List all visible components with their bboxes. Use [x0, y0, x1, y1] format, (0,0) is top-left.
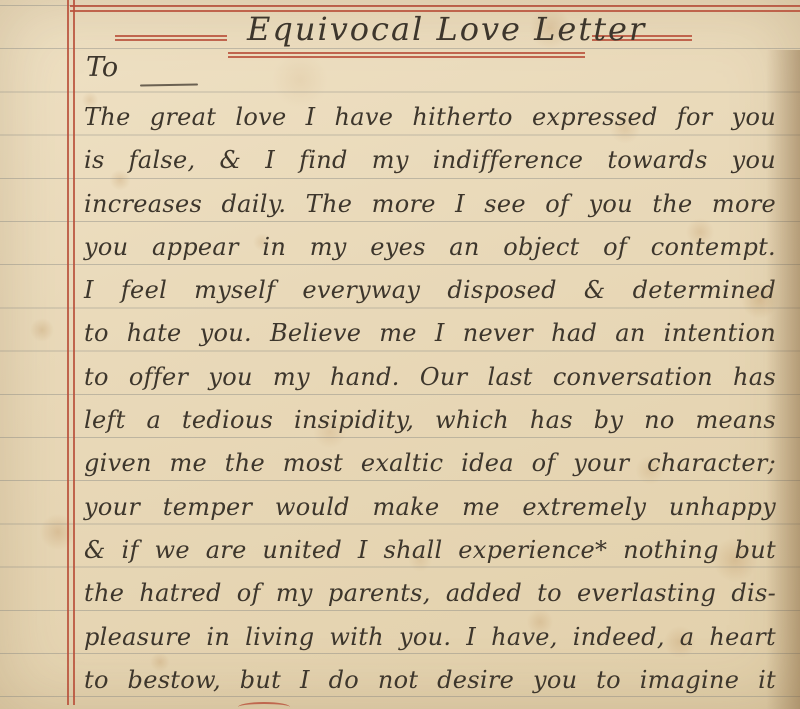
- letter-line: your temper would make me extremely unha…: [84, 486, 776, 529]
- letter-line: the hatred of my parents, added to everl…: [84, 572, 776, 615]
- letter-line: left a tedious insipidity, which has by …: [84, 399, 776, 442]
- letter-body: The great love I have hitherto expressed…: [84, 96, 776, 702]
- bottom-red-mark: [238, 702, 290, 709]
- page-title: Equivocal Love Letter: [247, 10, 646, 48]
- letter-line: I feel myself everyway disposed & determ…: [84, 269, 776, 312]
- letter-line: The great love I have hitherto expressed…: [84, 96, 776, 139]
- letter-line: to offer you my hand. Our last conversat…: [84, 356, 776, 399]
- title-underline: [228, 52, 585, 59]
- title-left-flourish: [115, 35, 227, 42]
- letter-line: to hate you. Believe me I never had an i…: [84, 312, 776, 355]
- salutation: To: [86, 52, 118, 83]
- letter-line: to bestow, but I do not desire you to im…: [84, 659, 776, 702]
- letter-line: increases daily. The more I see of you t…: [84, 183, 776, 226]
- letter-line: pleasure in living with you. I have, ind…: [84, 616, 776, 659]
- photograph-of-letter: Equivocal Love Letter To The great love …: [0, 0, 800, 709]
- notebook-page: Equivocal Love Letter To The great love …: [0, 0, 800, 709]
- letter-line: is false, & I find my indifference towar…: [84, 139, 776, 182]
- letter-line: given me the most exaltic idea of your c…: [84, 442, 776, 485]
- letter-line: & if we are united I shall experience* n…: [84, 529, 776, 572]
- red-margin-line: [67, 0, 76, 705]
- letter-line: you appear in my eyes an object of conte…: [84, 226, 776, 269]
